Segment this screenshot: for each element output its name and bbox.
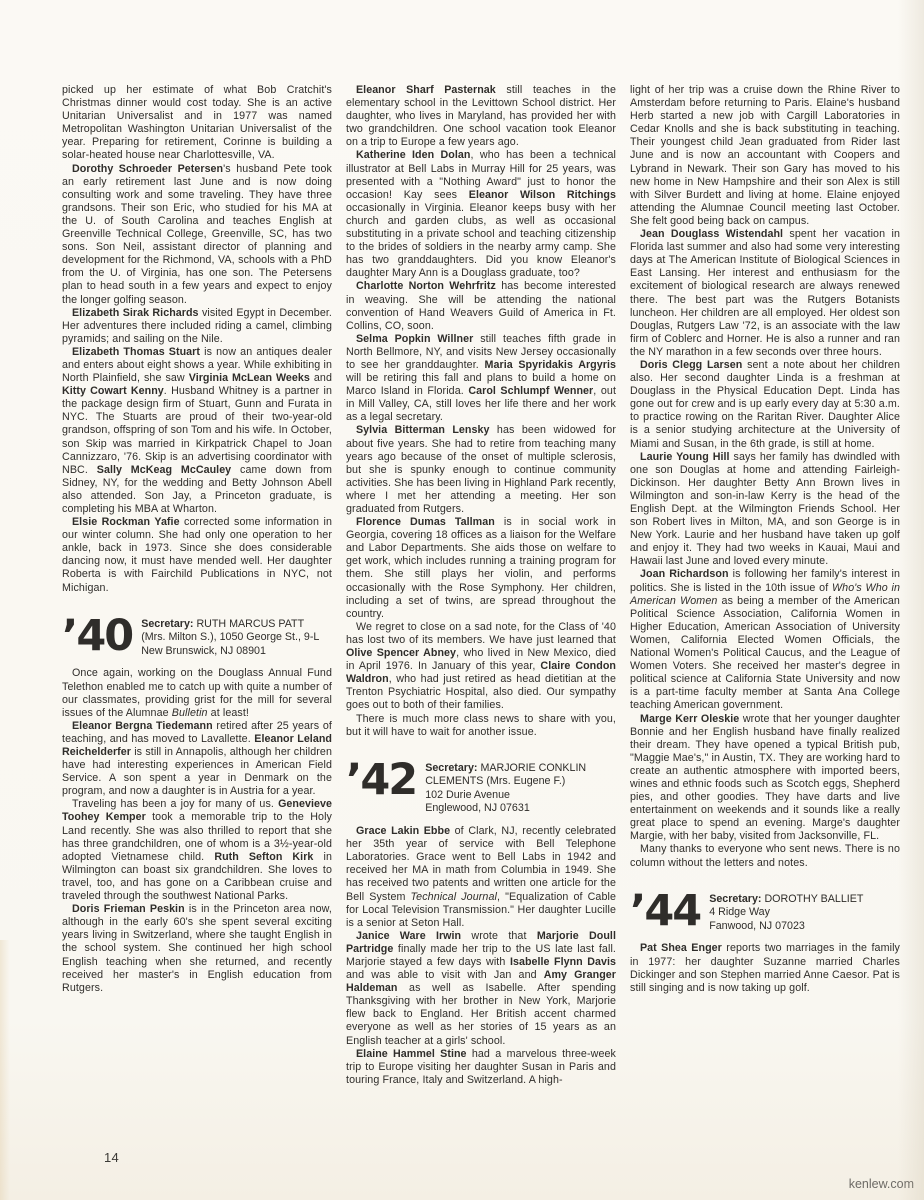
bold-name: Secretary:: [425, 762, 477, 774]
paragraph: light of her trip was a cruise down the …: [630, 84, 900, 228]
bold-name: Jean Douglass Wistendahl: [640, 228, 783, 240]
class-section-header: ’44Secretary: DOROTHY BALLIET4 Ridge Way…: [630, 891, 900, 934]
paragraph: picked up her estimate of what Bob Cratc…: [62, 84, 332, 163]
bold-name: Ruth Sefton Kirk: [214, 851, 313, 863]
bold-name: Charlotte Norton Wehrfritz: [356, 280, 496, 292]
bold-name: Dorothy Schroeder Petersen: [72, 163, 223, 175]
paragraph: Sylvia Bitterman Lensky has been widowed…: [346, 424, 616, 516]
paragraph: Pat Shea Enger reports two marriages in …: [630, 942, 900, 994]
class-section-header: ’40Secretary: RUTH MARCUS PATT(Mrs. Milt…: [62, 616, 332, 659]
secretary-info: Secretary: MARJORIE CONKLINCLEMENTS (Mrs…: [425, 760, 586, 816]
bold-name: Elizabeth Thomas Stuart: [72, 346, 200, 358]
secretary-line: Secretary: MARJORIE CONKLIN: [425, 762, 586, 776]
italic-title: Bulletin: [172, 707, 208, 719]
bold-name: Kitty Cowart Kenny: [62, 385, 164, 397]
bold-name: Marge Kerr Oleskie: [640, 713, 739, 725]
paragraph: Charlotte Norton Wehrfritz has become in…: [346, 280, 616, 332]
bold-name: Sylvia Bitterman Lensky: [356, 424, 489, 436]
paragraph: Elsie Rockman Yafie corrected some infor…: [62, 516, 332, 595]
bold-name: Grace Lakin Ebbe: [356, 825, 450, 837]
secretary-line: 4 Ridge Way: [709, 906, 863, 920]
bold-name: Doris Frieman Peskin: [72, 903, 185, 915]
bold-name: Claire Condon Waldron: [346, 660, 616, 685]
paragraph: Marge Kerr Oleskie wrote that her younge…: [630, 713, 900, 844]
paragraph: Grace Lakin Ebbe of Clark, NJ, recently …: [346, 825, 616, 930]
bold-name: Pat Shea Enger: [640, 942, 722, 954]
italic-title: Technical Journal: [411, 891, 497, 903]
paragraph: Doris Frieman Peskin is in the Princeton…: [62, 903, 332, 995]
column-3: light of her trip was a cruise down the …: [630, 84, 900, 1087]
class-year-numeral: ’42: [346, 760, 416, 800]
secretary-line: Fanwood, NJ 07023: [709, 920, 863, 934]
bold-name: Maria Spyridakis Argyris: [485, 359, 616, 371]
secretary-line: Englewood, NJ 07631: [425, 802, 586, 816]
bold-name: Virginia McLean Weeks: [189, 372, 310, 384]
paragraph: Katherine Iden Dolan, who has been a tec…: [346, 149, 616, 280]
class-year-numeral: ’44: [630, 891, 700, 931]
magazine-page: picked up her estimate of what Bob Cratc…: [0, 0, 924, 1200]
bold-name: Genevieve Toohey Kemper: [62, 798, 332, 823]
column-1: picked up her estimate of what Bob Cratc…: [62, 84, 332, 1087]
class-section-header: ’42Secretary: MARJORIE CONKLINCLEMENTS (…: [346, 760, 616, 816]
bold-name: Sally McKeag McCauley: [97, 464, 231, 476]
paragraph: Elizabeth Sirak Richards visited Egypt i…: [62, 307, 332, 346]
page-number: 14: [104, 1150, 119, 1165]
paragraph: Eleanor Bergna Tiedemann retired after 2…: [62, 720, 332, 799]
paragraph: Doris Clegg Larsen sent a note about her…: [630, 359, 900, 451]
paragraph: We regret to close on a sad note, for th…: [346, 621, 616, 713]
bold-name: Secretary:: [709, 893, 761, 905]
paragraph: Laurie Young Hill says her family has dw…: [630, 451, 900, 569]
bold-name: Doris Clegg Larsen: [640, 359, 742, 371]
paragraph: Elaine Hammel Stine had a marvelous thre…: [346, 1048, 616, 1087]
paragraph: Janice Ware Irwin wrote that Marjorie Do…: [346, 930, 616, 1048]
bold-name: Olive Spencer Abney: [346, 647, 456, 659]
paragraph: Many thanks to everyone who sent news. T…: [630, 843, 900, 869]
paragraph: Selma Popkin Willner still teaches fifth…: [346, 333, 616, 425]
text-columns: picked up her estimate of what Bob Cratc…: [62, 84, 900, 1087]
paragraph: Joan Richardson is following her family'…: [630, 568, 900, 712]
paragraph: Dorothy Schroeder Petersen's husband Pet…: [62, 163, 332, 307]
bold-name: Elaine Hammel Stine: [356, 1048, 467, 1060]
bold-name: Florence Dumas Tallman: [356, 516, 495, 528]
bold-name: Isabelle Flynn Davis: [510, 956, 616, 968]
secretary-line: New Brunswick, NJ 08901: [141, 645, 319, 659]
paragraph: Elizabeth Thomas Stuart is now an antiqu…: [62, 346, 332, 516]
secretary-info: Secretary: DOROTHY BALLIET4 Ridge WayFan…: [709, 891, 863, 934]
bold-name: Elizabeth Sirak Richards: [72, 307, 199, 319]
bold-name: Eleanor Sharf Pasternak: [356, 84, 496, 96]
bold-name: Amy Granger Haldeman: [346, 969, 616, 994]
secretary-info: Secretary: RUTH MARCUS PATT(Mrs. Milton …: [141, 616, 319, 659]
bold-name: Selma Popkin Willner: [356, 333, 473, 345]
secretary-line: CLEMENTS (Mrs. Eugene F.): [425, 775, 586, 789]
secretary-line: 102 Durie Avenue: [425, 789, 586, 803]
bold-name: Eleanor Bergna Tiedemann: [72, 720, 213, 732]
paragraph: Florence Dumas Tallman is in social work…: [346, 516, 616, 621]
paragraph: Eleanor Sharf Pasternak still teaches in…: [346, 84, 616, 149]
bold-name: Laurie Young Hill: [640, 451, 730, 463]
bold-name: Secretary:: [141, 618, 193, 630]
bold-name: Eleanor Leland Reichelderfer: [62, 733, 332, 758]
bold-name: Joan Richardson: [640, 568, 729, 580]
paragraph: Once again, working on the Douglass Annu…: [62, 667, 332, 719]
watermark: kenlew.com: [849, 1177, 914, 1191]
paragraph: Jean Douglass Wistendahl spent her vacat…: [630, 228, 900, 359]
class-year-numeral: ’40: [62, 616, 132, 656]
bold-name: Elsie Rockman Yafie: [72, 516, 180, 528]
secretary-line: Secretary: DOROTHY BALLIET: [709, 893, 863, 907]
column-2: Eleanor Sharf Pasternak still teaches in…: [346, 84, 616, 1087]
secretary-line: (Mrs. Milton S.), 1050 George St., 9-L: [141, 631, 319, 645]
paragraph: There is much more class news to share w…: [346, 713, 616, 739]
secretary-line: Secretary: RUTH MARCUS PATT: [141, 618, 319, 632]
bold-name: Janice Ware Irwin: [356, 930, 461, 942]
italic-title: Who's Who in American Women: [630, 582, 900, 607]
bold-name: Carol Schlumpf Wenner: [468, 385, 593, 397]
bold-name: Katherine Iden Dolan: [356, 149, 470, 161]
bold-name: Eleanor Wilson Ritchings: [469, 189, 616, 201]
paragraph: Traveling has been a joy for many of us.…: [62, 798, 332, 903]
